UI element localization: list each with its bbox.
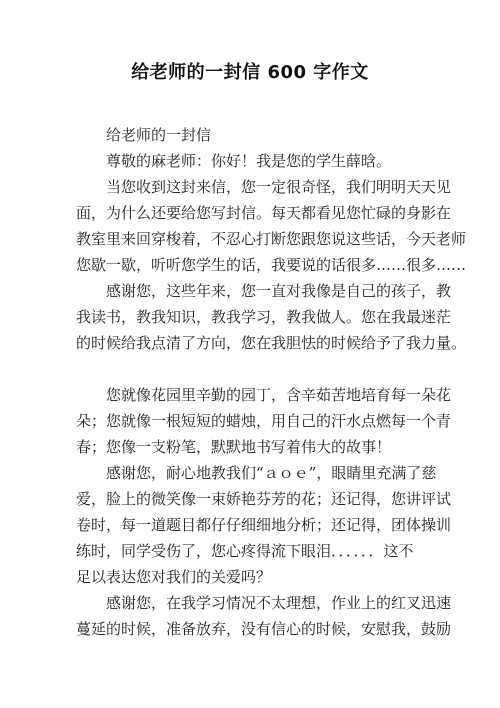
paragraph-2-line-3: 的时候给我点清了方向，您在我胆怯的时候给予了我力量。 (76, 330, 416, 356)
paragraph-3-line-2: 朵；您就像一根短短的蜡烛，用自己的汗水点燃每一个青 (76, 408, 416, 434)
letter-heading: 给老师的一封信 (76, 122, 416, 148)
paragraph-4-line-1: 感谢您，耐心地教我们“ａｏｅ”，眼睛里充满了慈 (76, 460, 416, 486)
paragraph-2-line-1: 感谢您，这些年来，您一直对我像是自己的孩子，教 (76, 278, 416, 304)
paragraph-4-line-5: 足以表达您对我们的关爱吗？ (76, 564, 416, 590)
document-title: 给老师的一封信 600 字作文 (0, 60, 500, 86)
blank-line (76, 356, 416, 382)
paragraph-4-line-3: 卷时，每一道题目都仔仔细细地分析；还记得，团体操训 (76, 512, 416, 538)
paragraph-5-line-2: 蔓延的时候，准备放弃，没有信心的时候，安慰我，鼓励 (76, 616, 416, 642)
paragraph-4-line-4: 练时，同学受伤了，您心疼得流下眼泪．．．．．．这不 (76, 538, 416, 564)
paragraph-4-line-2: 爱，脸上的微笑像一束娇艳芬芳的花；还记得，您讲评试 (76, 486, 416, 512)
paragraph-1-line-2: 面，为什么还要给您写封信。每天都看见您忙碌的身影在 (76, 200, 416, 226)
paragraph-2-line-2: 我读书，教我知识，教我学习，教我做人。您在我最迷茫 (76, 304, 416, 330)
paragraph-1-line-1: 当您收到这封来信，您一定很奇怪，我们明明天天见 (76, 174, 416, 200)
paragraph-1-line-3: 教室里来回穿梭着，不忍心打断您跟您说这些话，今天老师 (76, 226, 416, 252)
salutation-line: 尊敬的麻老师：你好！我是您的学生薛晗。 (76, 148, 416, 174)
letter-body: 给老师的一封信 尊敬的麻老师：你好！我是您的学生薛晗。 当您收到这封来信，您一定… (76, 122, 416, 642)
paragraph-5-line-1: 感谢您，在我学习情况不太理想，作业上的红叉迅速 (76, 590, 416, 616)
document-page: 给老师的一封信 600 字作文 给老师的一封信 尊敬的麻老师：你好！我是您的学生… (0, 0, 500, 708)
paragraph-3-line-1: 您就像花园里辛勤的园丁，含辛茹苦地培育每一朵花 (76, 382, 416, 408)
paragraph-3-line-3: 春；您像一支粉笔，默默地书写着伟大的故事！ (76, 434, 416, 460)
paragraph-1-line-4: 您歇一歇，听听您学生的话，我要说的话很多……很多…… (76, 252, 416, 278)
